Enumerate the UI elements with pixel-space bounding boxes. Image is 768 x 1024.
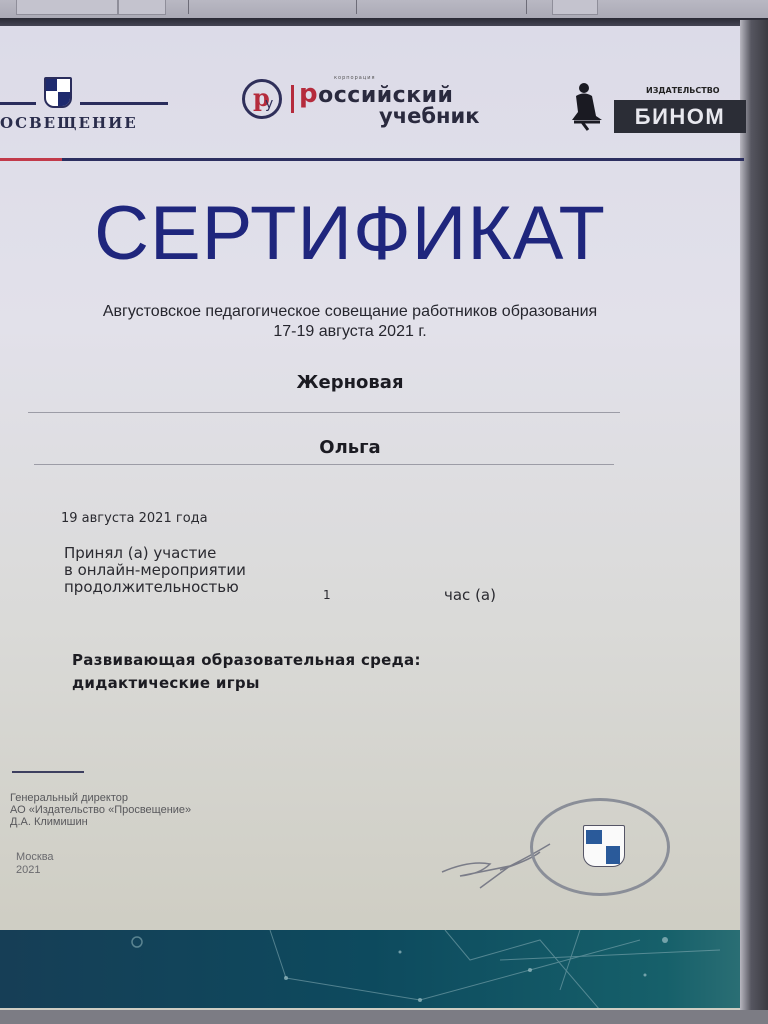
toolbar-separator (188, 0, 189, 14)
network-pattern-icon (0, 930, 740, 1008)
signature-line (12, 771, 84, 773)
hours-value: 1 (323, 588, 331, 602)
toolbar-separator (356, 0, 357, 14)
shield-logo-icon (44, 77, 72, 108)
binom-text: БИНОМ (614, 100, 746, 133)
signatory-block: Генеральный директор АО «Издательство «П… (10, 792, 191, 828)
hours-unit: час (а) (444, 586, 496, 604)
name-underline (34, 464, 614, 465)
header-divider (0, 158, 744, 161)
toolbar-button[interactable] (16, 0, 118, 15)
toolbar-button[interactable] (118, 0, 166, 15)
viewer-toolbar (0, 0, 768, 20)
place-and-year: Москва 2021 (16, 851, 54, 877)
event-description: Августовское педагогическое совещание ра… (0, 302, 700, 342)
toolbar-button[interactable] (552, 0, 598, 15)
recipient-first-name: Ольга (0, 437, 700, 458)
logo-divider (291, 85, 294, 113)
toolbar-separator (526, 0, 527, 14)
binom-logo: ИЗДАТЕЛЬСТВО БИНОМ (566, 82, 756, 142)
stamp-shield-icon (583, 825, 625, 867)
company-stamp (530, 798, 670, 896)
decorative-footer (0, 930, 740, 1008)
issue-date: 19 августа 2021 года (61, 511, 208, 526)
certificate-title: СЕРТИФИКАТ (0, 190, 700, 277)
monitor-bottom-bezel (0, 1010, 768, 1024)
participation-text: Принял (а) участие в онлайн-мероприятии … (64, 545, 246, 596)
recipient-surname: Жерновая (0, 372, 700, 393)
seated-figure-icon (568, 82, 604, 132)
uchebnik-text: учебник (379, 104, 480, 128)
prosveshchenie-text: ОСВЕЩЕНИЕ (0, 114, 138, 132)
event-topic: Развивающая образовательная среда: дидак… (72, 649, 421, 695)
prosveshchenie-logo: ОСВЕЩЕНИЕ (0, 72, 170, 132)
surname-underline (28, 412, 620, 413)
monitor-edge (740, 20, 768, 1024)
ru-circle-icon: р у (242, 79, 282, 119)
